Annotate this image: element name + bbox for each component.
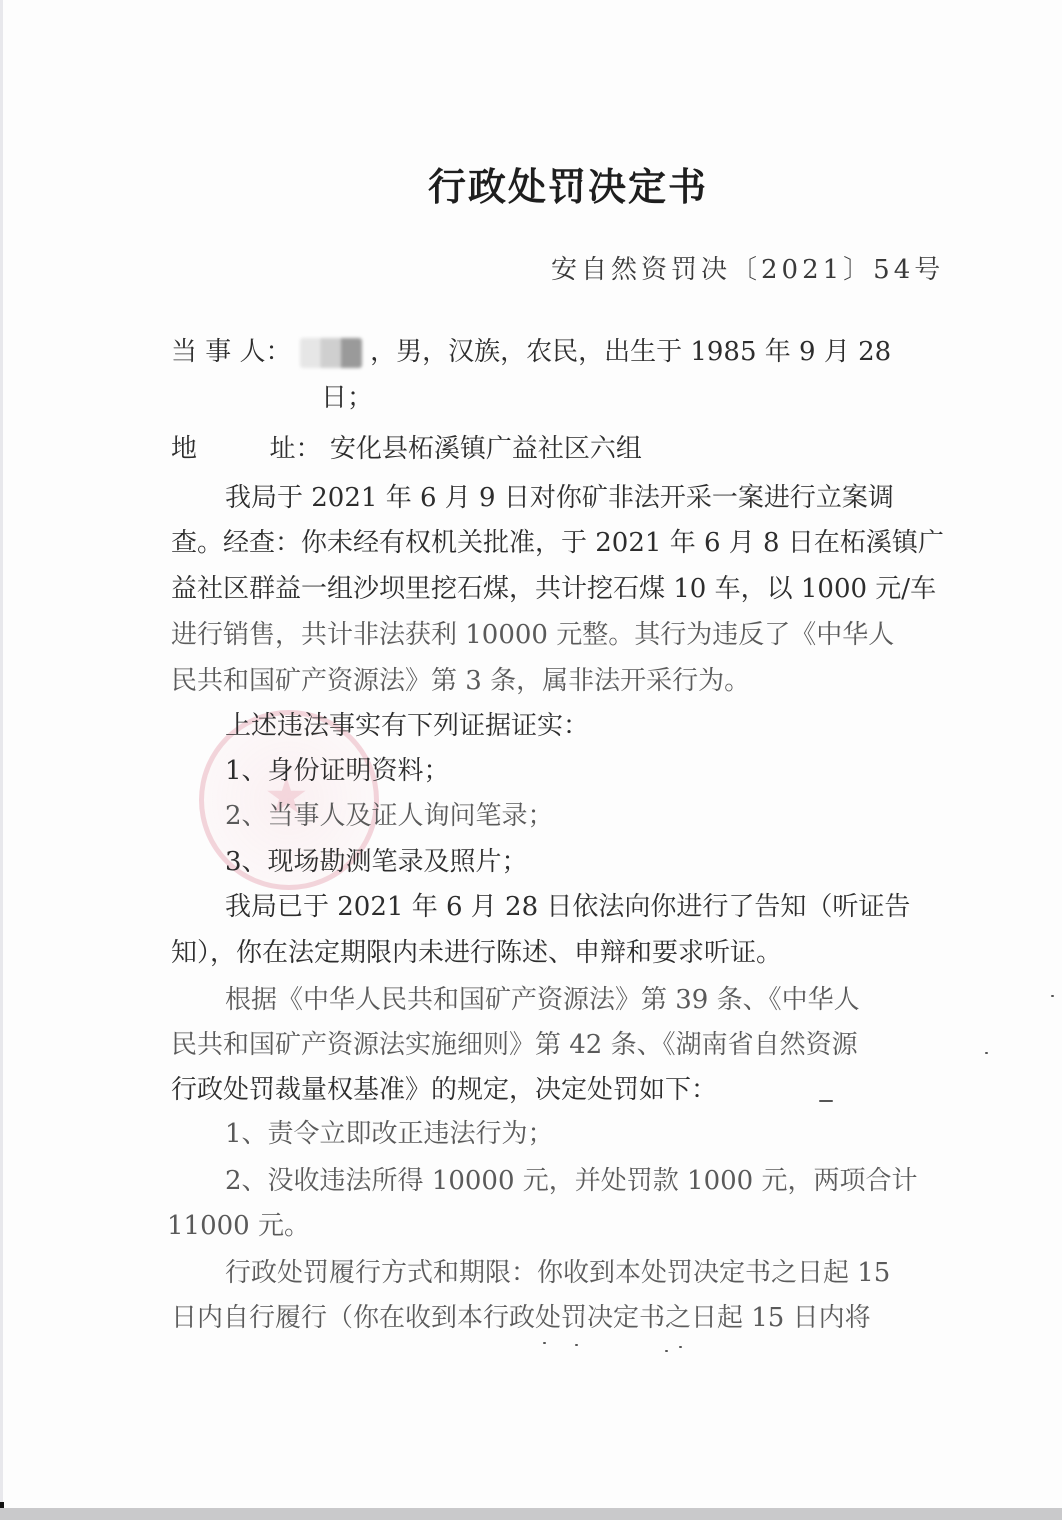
document-number: 安自然资罚决〔2021〕54号 <box>551 249 944 286</box>
corner-mark <box>0 1502 4 1508</box>
scan-speck <box>679 1346 682 1348</box>
investigation-line-4: 进行销售，共计非法获利 10000 元整。其行为违反了《中华人 <box>171 614 894 651</box>
scan-speck <box>819 1100 833 1102</box>
party-label: 当 事 人： <box>171 337 292 367</box>
address-label-2: 址： <box>270 434 322 464</box>
performance-line-1: 行政处罚履行方式和期限：你收到本处罚决定书之日起 15 <box>225 1252 890 1289</box>
decision-item-2: 2、没收违法所得 10000 元，并处罚款 1000 元，两项合计 <box>225 1160 917 1197</box>
redacted-name <box>300 338 362 368</box>
scan-speck <box>543 1342 546 1344</box>
evidence-intro: 上述违法事实有下列证据证实： <box>225 705 589 742</box>
address-value: 安化县柘溪镇广益社区六组 <box>330 434 642 464</box>
notice-line-2: 知），你在法定期限内未进行陈述、申辩和要求听证。 <box>171 932 782 969</box>
investigation-line-2: 查。经查：你未经有权机关批准，于 2021 年 6 月 8 日在柘溪镇广 <box>171 522 944 559</box>
scan-speck <box>1051 995 1054 997</box>
scan-speck <box>575 1344 578 1346</box>
party-details: ，男，汉族，农民，出生于 1985 年 9 月 28 <box>370 337 891 367</box>
address-label-1: 地 <box>171 434 197 464</box>
basis-line-1: 根据《中华人民共和国矿产资源法》第 39 条、《中华人 <box>225 979 860 1016</box>
performance-line-2: 日内自行履行（你在收到本行政处罚决定书之日起 15 日内将 <box>171 1297 871 1334</box>
evidence-item-1: 1、身份证明资料； <box>225 750 450 787</box>
notice-line-1: 我局已于 2021 年 6 月 28 日依法向你进行了告知（听证告 <box>225 886 910 923</box>
basis-line-2: 民共和国矿产资源法实施细则》第 42 条、《湖南省自然资源 <box>171 1024 858 1061</box>
party-line-2: 日； <box>321 377 373 414</box>
investigation-line-1: 我局于 2021 年 6 月 9 日对你矿非法开采一案进行立案调 <box>225 477 894 514</box>
scan-speck <box>985 1052 988 1054</box>
address-line: 地 址： 安化县柘溪镇广益社区六组 <box>171 428 642 465</box>
party-line-1: 当 事 人： ，男，汉族，农民，出生于 1985 年 9 月 28 <box>171 331 891 368</box>
document-page: ★ 行政处罚决定书 安自然资罚决〔2021〕54号 当 事 人： ，男，汉族，农… <box>0 0 1062 1508</box>
investigation-line-5: 民共和国矿产资源法》第 3 条，属非法开采行为。 <box>171 660 750 697</box>
decision-item-1: 1、责令立即改正违法行为； <box>225 1113 554 1150</box>
document-title: 行政处罚决定书 <box>428 156 708 211</box>
decision-item-2-cont: 11000 元。 <box>167 1205 310 1242</box>
evidence-item-2: 2、当事人及证人询问笔录； <box>225 795 554 832</box>
basis-line-3: 行政处罚裁量权基准》的规定，决定处罚如下： <box>171 1069 717 1106</box>
investigation-line-3: 益社区群益一组沙坝里挖石煤，共计挖石煤 10 车，以 1000 元/车 <box>171 568 936 605</box>
bottom-edge-bar <box>0 1508 1062 1520</box>
scan-speck <box>665 1350 668 1352</box>
evidence-item-3: 3、现场勘测笔录及照片； <box>225 841 528 878</box>
